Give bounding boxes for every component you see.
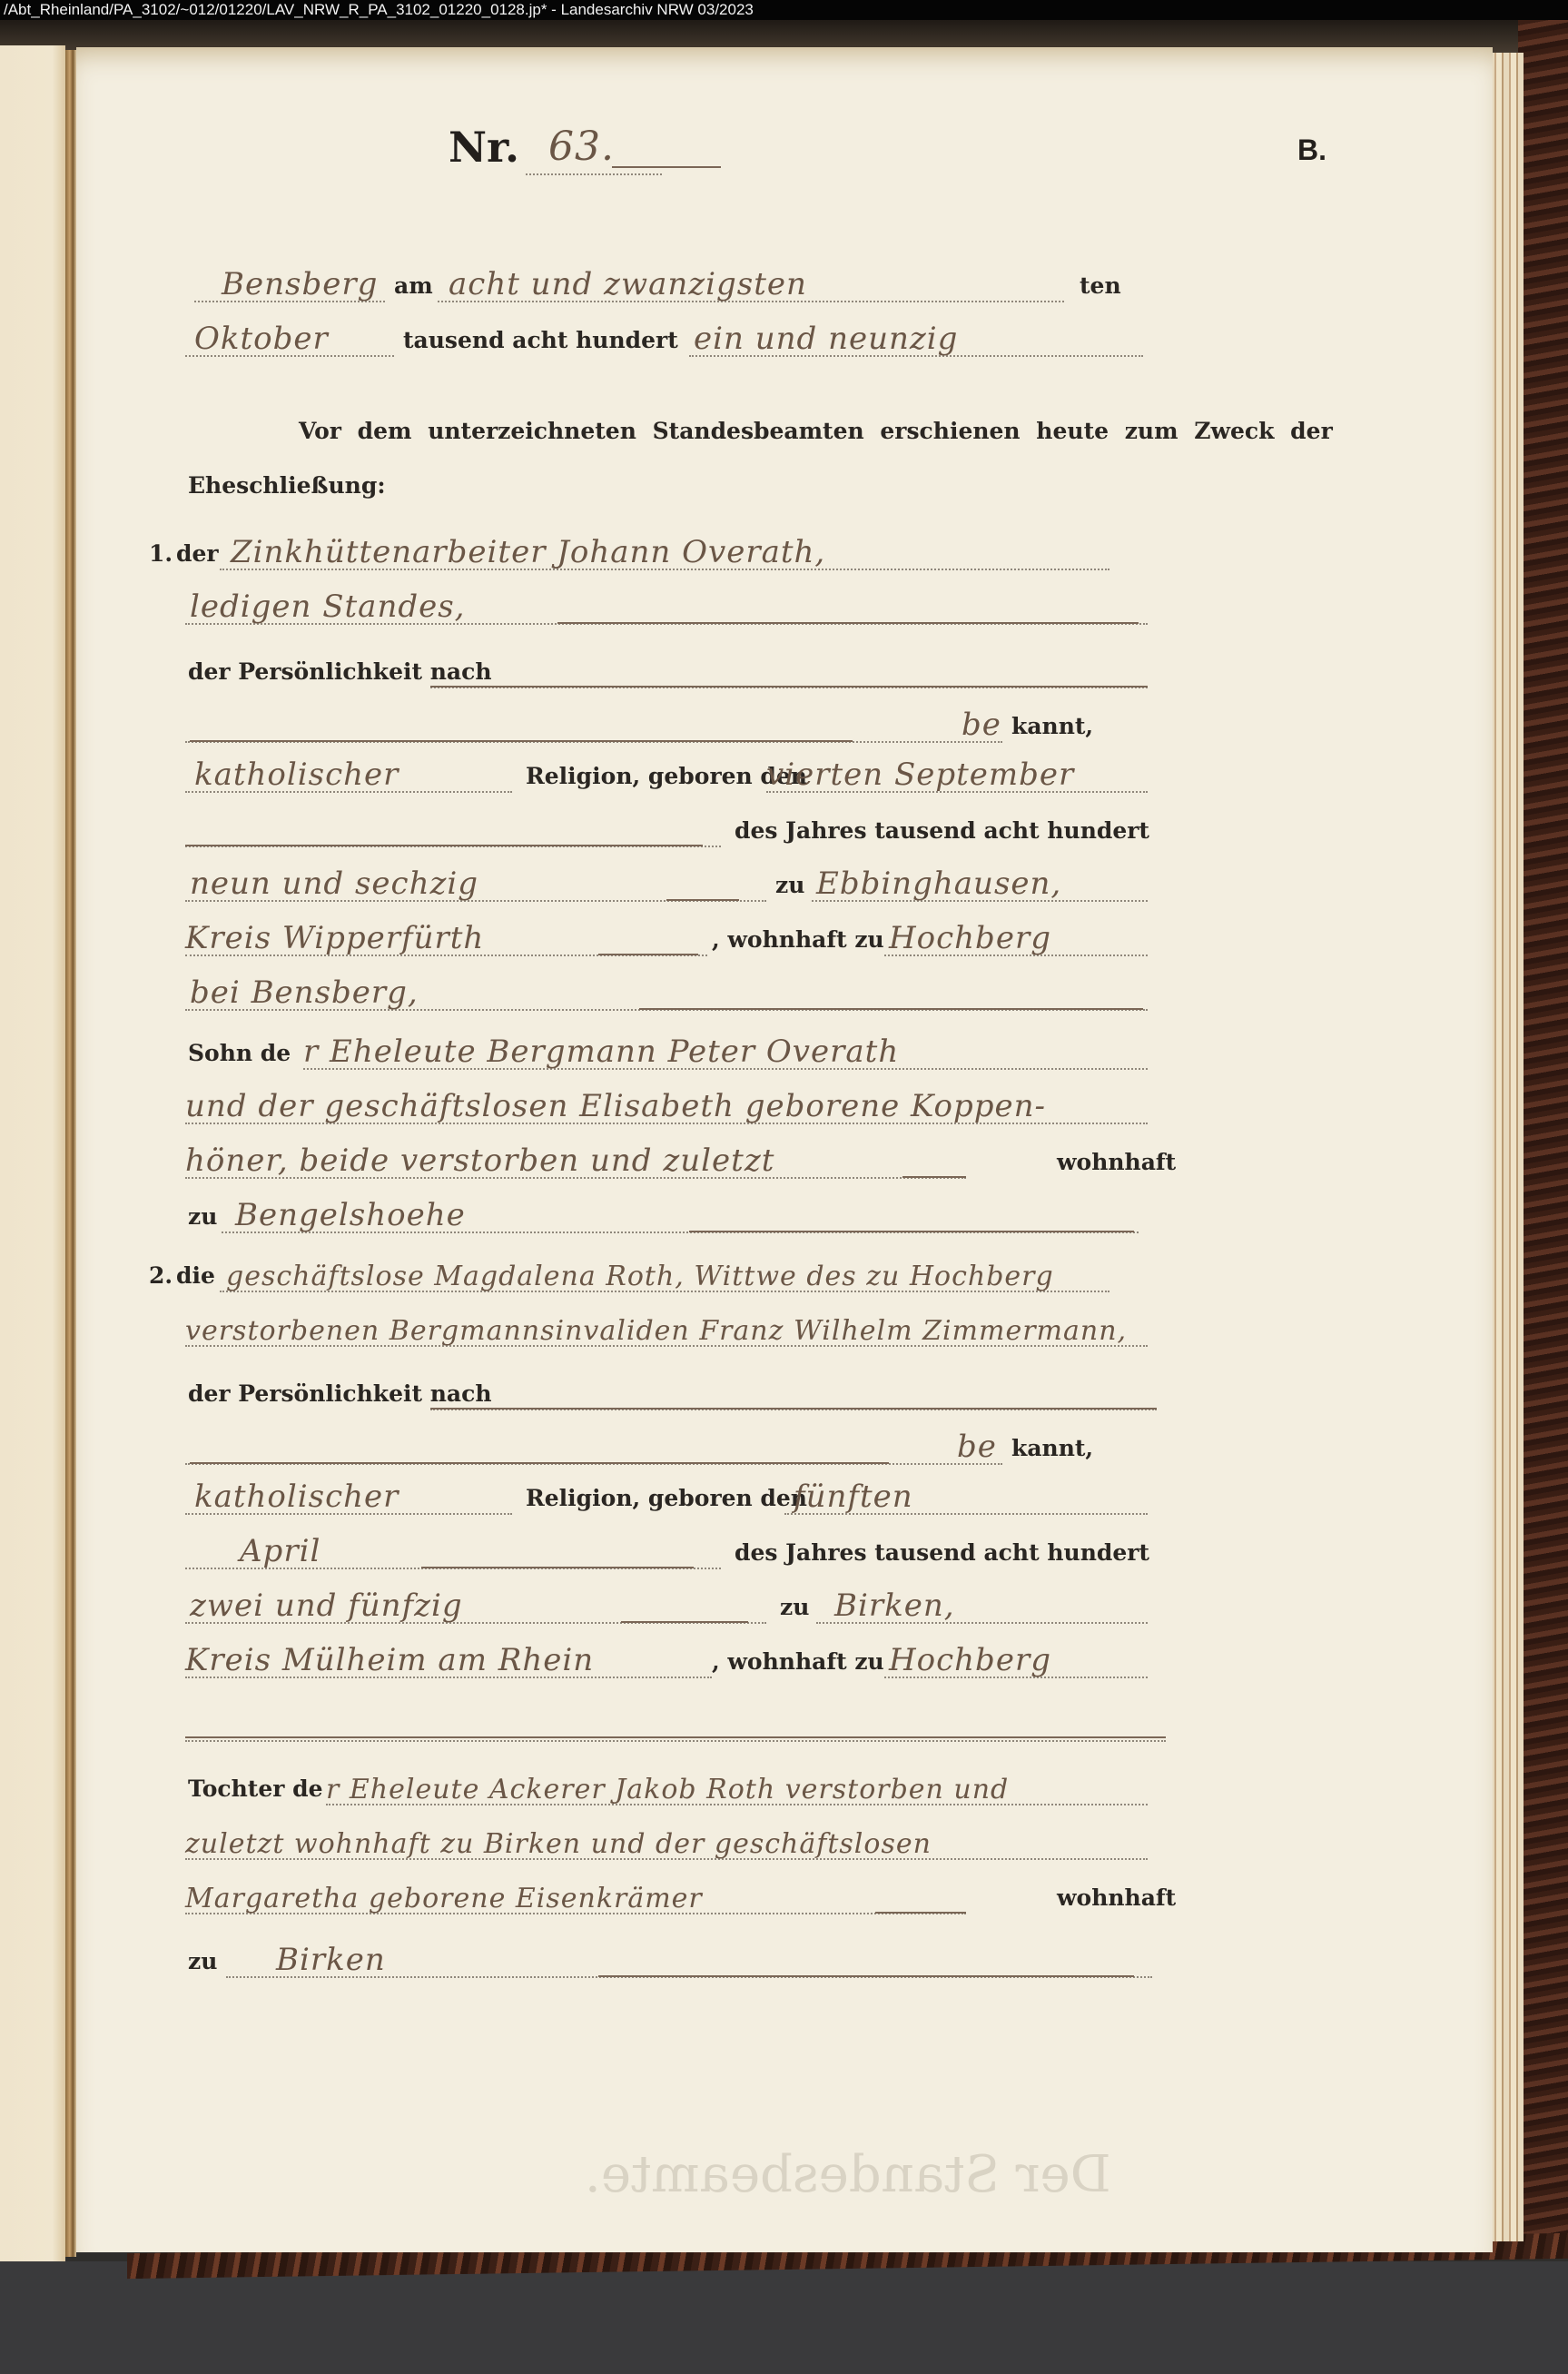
person2-parents-zu-label: zu xyxy=(188,1948,217,1974)
book-cover-right xyxy=(1518,20,1568,2236)
fill-line xyxy=(185,845,703,846)
page-stack-edges xyxy=(1489,53,1524,2241)
person1-birth-day: vierten September xyxy=(766,757,1074,793)
dotline xyxy=(185,1740,1166,1742)
left-page-edge xyxy=(0,45,65,2261)
fill-line xyxy=(421,1567,694,1568)
section-letter: B. xyxy=(1297,134,1326,167)
person1-name-row-2: ledigen Standes, xyxy=(185,574,1139,628)
intro-text-2: Eheschließung: xyxy=(188,472,386,499)
person2-parents-row-3: Margaretha geborene Eisenkrämer wohnhaft xyxy=(185,1864,1139,1918)
person1-bekannt-row: be kannt, xyxy=(185,692,1139,747)
record-number: 63. xyxy=(548,124,615,170)
nr-label: Nr. xyxy=(449,123,519,172)
fill-line xyxy=(689,1231,1134,1232)
person2-name: geschäftslose Magdalena Roth, Wittwe des… xyxy=(226,1261,1054,1292)
person2-bekannt-prefix: be xyxy=(957,1429,997,1465)
person1-wohnhaft-label: , wohnhaft zu xyxy=(712,926,884,953)
person1-parents-3: höner, beide verstorben und zuletzt xyxy=(185,1142,774,1179)
person2-religion: katholischer xyxy=(194,1479,399,1515)
person1-identity-row: der Persönlichkeit nach xyxy=(185,638,1139,692)
person1-residence-2: bei Bensberg, xyxy=(190,974,419,1011)
person2-parents-1: r Eheleute Ackerer Jakob Roth verstorben… xyxy=(326,1774,1009,1805)
background-surface xyxy=(0,2261,1568,2374)
person1-bekannt-prefix: be xyxy=(962,707,1001,743)
person1-parents-row-3: höner, beide verstorben und zuletzt wohn… xyxy=(185,1128,1139,1182)
registry-place: Bensberg xyxy=(222,266,378,302)
person2-number: 2. xyxy=(149,1262,173,1289)
intro-row: Vor dem unterzeichneten Standesbeamten e… xyxy=(299,397,1152,451)
fill-line xyxy=(639,1008,1143,1010)
nr-dotline xyxy=(526,173,662,175)
person1-name-row: 1. der Zinkhüttenarbeiter Johann Overath… xyxy=(149,519,1148,574)
window-title-bar: /Abt_Rheinland/PA_3102/~012/01220/LAV_NR… xyxy=(0,0,1568,20)
registry-month: Oktober xyxy=(194,321,329,357)
person1-birthplace-row: neun und sechzig zu Ebbinghausen, xyxy=(185,851,1139,905)
ten-label: ten xyxy=(1080,272,1121,299)
registry-year: ein und neunzig xyxy=(694,321,958,357)
person2-jahres-label: des Jahres tausend acht hundert xyxy=(735,1539,1149,1566)
person1-bekannt-label: kannt, xyxy=(1011,713,1093,739)
registry-day: acht und zwanzigsten xyxy=(449,266,807,302)
person1-parents-2: und der geschäftslosen Elisabeth geboren… xyxy=(185,1088,1046,1124)
person2-name-row: 2. die geschäftslose Magdalena Roth, Wit… xyxy=(149,1241,1148,1296)
person2-parents-residence: Birken xyxy=(276,1942,386,1978)
person2-birth-year: zwei und fünfzig xyxy=(190,1588,463,1624)
person1-number: 1. xyxy=(149,540,173,567)
intro-row-2: Eheschließung: xyxy=(185,451,1139,506)
person2-parents-2: zuletzt wohnhaft zu Birken und der gesch… xyxy=(185,1828,932,1860)
person2-bekannt-row: be kannt, xyxy=(185,1414,1139,1469)
fill-line xyxy=(902,1176,966,1178)
register-page: Der Standesbeamte. Nr. 63. B. Bensberg a… xyxy=(76,47,1493,2252)
person1-residence-row-2: bei Bensberg, xyxy=(185,960,1139,1014)
person2-parents-residence-row: zu Birken xyxy=(185,1927,1139,1982)
person1-residence-row: Kreis Wipperfürth , wohnhaft zu Hochberg xyxy=(185,905,1139,960)
person1-birth-place: Ebbinghausen, xyxy=(816,866,1061,902)
person2-kreis: Kreis Mülheim am Rhein xyxy=(185,1642,594,1678)
fill-line xyxy=(598,954,698,955)
intro-text: Vor dem unterzeichneten Standesbeamten e… xyxy=(299,418,1333,444)
place-date-row-2: Oktober tausend acht hundert ein und neu… xyxy=(185,306,1148,361)
person2-parents-3: Margaretha geborene Eisenkrämer xyxy=(185,1883,703,1914)
person2-religion-row: katholischer Religion, geboren den fünft… xyxy=(185,1464,1139,1518)
person1-persoenlichkeit-label: der Persönlichkeit nach xyxy=(188,658,492,685)
person2-residence: Hochberg xyxy=(889,1642,1051,1678)
fill-line xyxy=(666,899,739,901)
person2-year-row: April des Jahres tausend acht hundert xyxy=(185,1518,1139,1573)
person1-jahres-label: des Jahres tausend acht hundert xyxy=(735,817,1149,844)
fill-line xyxy=(598,1975,1134,1977)
person1-article: der xyxy=(176,540,219,567)
person2-residence-row: Kreis Mülheim am Rhein , wohnhaft zu Hoc… xyxy=(185,1627,1139,1682)
marriage-record-form: Nr. 63. B. Bensberg am acht und zwanzigs… xyxy=(76,47,1493,2252)
person2-tochter-label: Tochter de xyxy=(188,1776,323,1802)
person1-status: ledigen Standes, xyxy=(190,589,466,625)
person1-parents-zu-label: zu xyxy=(188,1203,217,1230)
person1-kreis: Kreis Wipperfürth xyxy=(185,920,484,956)
person2-persoenlichkeit-label: der Persönlichkeit nach xyxy=(188,1380,492,1407)
person1-religion-row: katholischer Religion, geboren den viert… xyxy=(185,742,1139,796)
person2-birthplace-row: zwei und fünfzig zu Birken, xyxy=(185,1573,1139,1627)
record-number-row: Nr. 63. xyxy=(449,106,902,179)
person1-parents-residence: Bengelshoehe xyxy=(235,1197,466,1233)
person1-sohn-label: Sohn de xyxy=(188,1040,291,1066)
fill-line xyxy=(430,686,1148,687)
person1-religion-label: Religion, geboren den xyxy=(526,763,807,789)
person2-blank-row xyxy=(185,1691,1139,1746)
person1-religion: katholischer xyxy=(194,757,399,793)
person1-parents-wohnhaft-label: wohnhaft xyxy=(1057,1149,1176,1175)
person1-parents-1: r Eheleute Bergmann Peter Overath xyxy=(303,1034,899,1070)
person2-birth-day: fünften xyxy=(794,1479,913,1515)
person2-birth-month: April xyxy=(240,1533,321,1569)
person2-bekannt-label: kannt, xyxy=(1011,1435,1093,1461)
person1-parents-row-2: und der geschäftslosen Elisabeth geboren… xyxy=(185,1073,1139,1128)
window-title: /Abt_Rheinland/PA_3102/~012/01220/LAV_NR… xyxy=(4,1,754,18)
person2-religion-label: Religion, geboren den xyxy=(526,1485,807,1511)
person2-parents-row-2: zuletzt wohnhaft zu Birken und der gesch… xyxy=(185,1809,1139,1864)
person2-zu-label: zu xyxy=(780,1594,809,1620)
fill-line xyxy=(185,1736,1166,1738)
person1-zu-label: zu xyxy=(775,872,804,898)
person2-wohnhaft-label: , wohnhaft zu xyxy=(712,1648,884,1675)
book-gutter xyxy=(65,50,76,2257)
person2-late-husband: verstorbenen Bergmannsinvaliden Franz Wi… xyxy=(185,1315,1127,1347)
person1-parents-residence-row: zu Bengelshoehe xyxy=(185,1182,1139,1237)
person1-residence: Hochberg xyxy=(889,920,1051,956)
fill-line xyxy=(430,1408,1157,1410)
person2-parents-wohnhaft-label: wohnhaft xyxy=(1057,1884,1176,1911)
person2-name-row-2: verstorbenen Bergmannsinvaliden Franz Wi… xyxy=(185,1296,1139,1350)
fill-line xyxy=(621,1621,748,1623)
person1-birth-year: neun und sechzig xyxy=(190,866,478,902)
nr-underline xyxy=(612,166,721,168)
person2-parents-row-1: Tochter de r Eheleute Ackerer Jakob Roth… xyxy=(185,1755,1139,1809)
year-prefix-label: tausend acht hundert xyxy=(403,327,678,353)
place-date-row-1: Bensberg am acht und zwanzigsten ten xyxy=(194,252,1148,306)
fill-line xyxy=(875,1912,966,1914)
fill-line xyxy=(557,622,1139,624)
person1-year-row: des Jahres tausend acht hundert xyxy=(185,796,1139,851)
person2-identity-row: der Persönlichkeit nach xyxy=(185,1360,1139,1414)
am-label: am xyxy=(394,272,433,299)
person1-parents-row-1: Sohn de r Eheleute Bergmann Peter Overat… xyxy=(185,1019,1139,1073)
person2-birth-place: Birken, xyxy=(834,1588,955,1624)
person2-article: die xyxy=(176,1262,215,1289)
person1-name: Zinkhüttenarbeiter Johann Overath, xyxy=(231,534,825,570)
